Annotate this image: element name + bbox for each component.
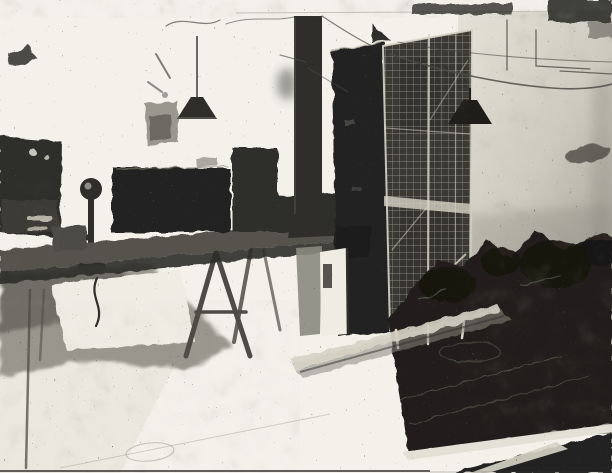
photo-grain xyxy=(0,0,612,473)
photograph xyxy=(0,0,612,473)
photo-canvas xyxy=(0,0,612,473)
grain-speckle-fine xyxy=(0,0,612,473)
